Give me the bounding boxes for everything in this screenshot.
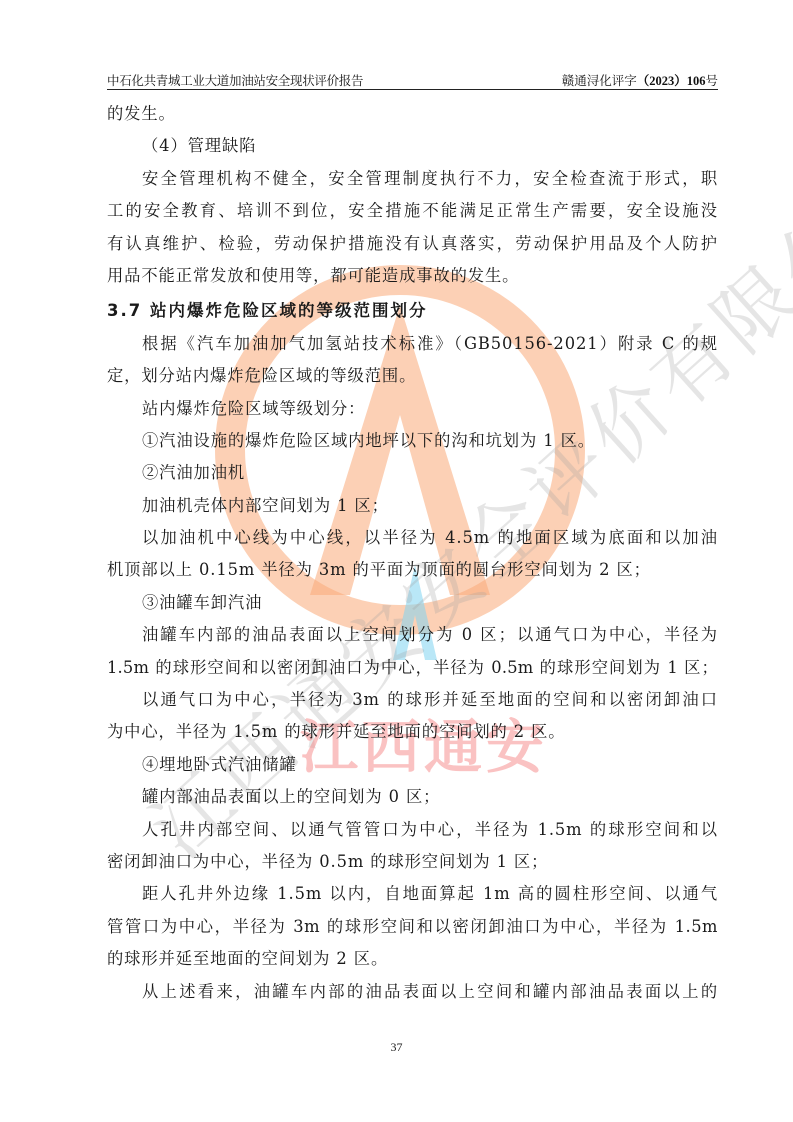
ref-prefix: 赣通浔化评字 bbox=[562, 73, 637, 88]
paragraph-line: 工的安全教育、培训不到位，安全措施不能满足正常生产需要，安全设施没 bbox=[107, 195, 718, 227]
paragraph-line: 管管口为中心，半径为 3m 的球形空间和以密闭卸油口为中心，半径为 1.5m bbox=[107, 911, 718, 943]
paragraph-line: 定，划分站内爆炸危险区域的等级范围。 bbox=[107, 360, 718, 392]
paragraph-line: 密闭卸油口为中心，半径为 0.5m 的球形空间划为 1 区； bbox=[107, 846, 718, 878]
paragraph-line: 加油机壳体内部空间划为 1 区； bbox=[107, 490, 718, 522]
page-header: 中石化共青城工业大道加油站安全现状评价报告 赣通浔化评字（2023）106号 bbox=[107, 67, 718, 90]
list-item: ①汽油设施的爆炸危险区域内地坪以下的沟和坑划为 1 区。 bbox=[107, 425, 718, 457]
ref-suffix: 号 bbox=[705, 73, 718, 88]
paragraph-line: 站内爆炸危险区域等级划分： bbox=[107, 393, 718, 425]
subsection-title: （4）管理缺陷 bbox=[107, 130, 718, 162]
paragraph-line: 根据《汽车加油加气加氢站技术标准》（GB50156-2021）附录 C 的规 bbox=[107, 328, 718, 360]
list-item: ③油罐车卸汽油 bbox=[107, 587, 718, 619]
paragraph-line: 以通气口为中心，半径为 3m 的球形并延至地面的空间和以密闭卸油口 bbox=[107, 684, 718, 716]
paragraph-line: 机顶部以上 0.15m 半径为 3m 的平面为顶面的圆台形空间划为 2 区； bbox=[107, 554, 718, 586]
paragraph-line: 人孔井内部空间、以通气管管口为中心，半径为 1.5m 的球形空间和以 bbox=[107, 814, 718, 846]
page-number: 37 bbox=[0, 1040, 793, 1055]
paragraph-line: 用品不能正常发放和使用等，都可能造成事故的发生。 bbox=[107, 260, 718, 292]
ref-year: （2023）106 bbox=[637, 74, 706, 88]
paragraph-line: 距人孔井外边缘 1.5m 以内，自地面算起 1m 高的圆柱形空间、以通气 bbox=[107, 878, 718, 910]
paragraph-line: 有认真维护、检验，劳动保护措施没有认真落实，劳动保护用品及个人防护 bbox=[107, 228, 718, 260]
paragraph-line: 油罐车内部的油品表面以上空间划分为 0 区；以通气口为中心，半径为 bbox=[107, 619, 718, 651]
paragraph-line: 以加油机中心线为中心线，以半径为 4.5m 的地面区域为底面和以加油 bbox=[107, 522, 718, 554]
document-page: 江西通安安全评价有限公司 江西通安 中石化共青城工业大道加油站安全现状评价报告 … bbox=[0, 0, 793, 1122]
list-item: ②汽油加油机 bbox=[107, 457, 718, 489]
document-body: 的发生。 （4）管理缺陷 安全管理机构不健全，安全管理制度执行不力，安全检查流于… bbox=[107, 98, 718, 1008]
paragraph-line: 罐内部油品表面以上的空间划为 0 区； bbox=[107, 781, 718, 813]
report-title: 中石化共青城工业大道加油站安全现状评价报告 bbox=[107, 71, 363, 89]
paragraph-line: 的发生。 bbox=[107, 98, 718, 130]
section-heading: 3.7 站内爆炸危险区域的等级范围划分 bbox=[107, 295, 718, 327]
paragraph-line: 从上述看来，油罐车内部的油品表面以上空间和罐内部油品表面以上的 bbox=[107, 976, 718, 1008]
paragraph-line: 为中心，半径为 1.5m 的球形并延至地面的空间划的 2 区。 bbox=[107, 716, 718, 748]
report-reference-number: 赣通浔化评字（2023）106号 bbox=[562, 71, 718, 89]
paragraph-line: 安全管理机构不健全，安全管理制度执行不力，安全检查流于形式，职 bbox=[107, 163, 718, 195]
paragraph-line: 的球形并延至地面的空间划为 2 区。 bbox=[107, 943, 718, 975]
paragraph-line: 1.5m 的球形空间和以密闭卸油口为中心，半径为 0.5m 的球形空间划为 1 … bbox=[107, 652, 718, 684]
list-item: ④埋地卧式汽油储罐 bbox=[107, 749, 718, 781]
